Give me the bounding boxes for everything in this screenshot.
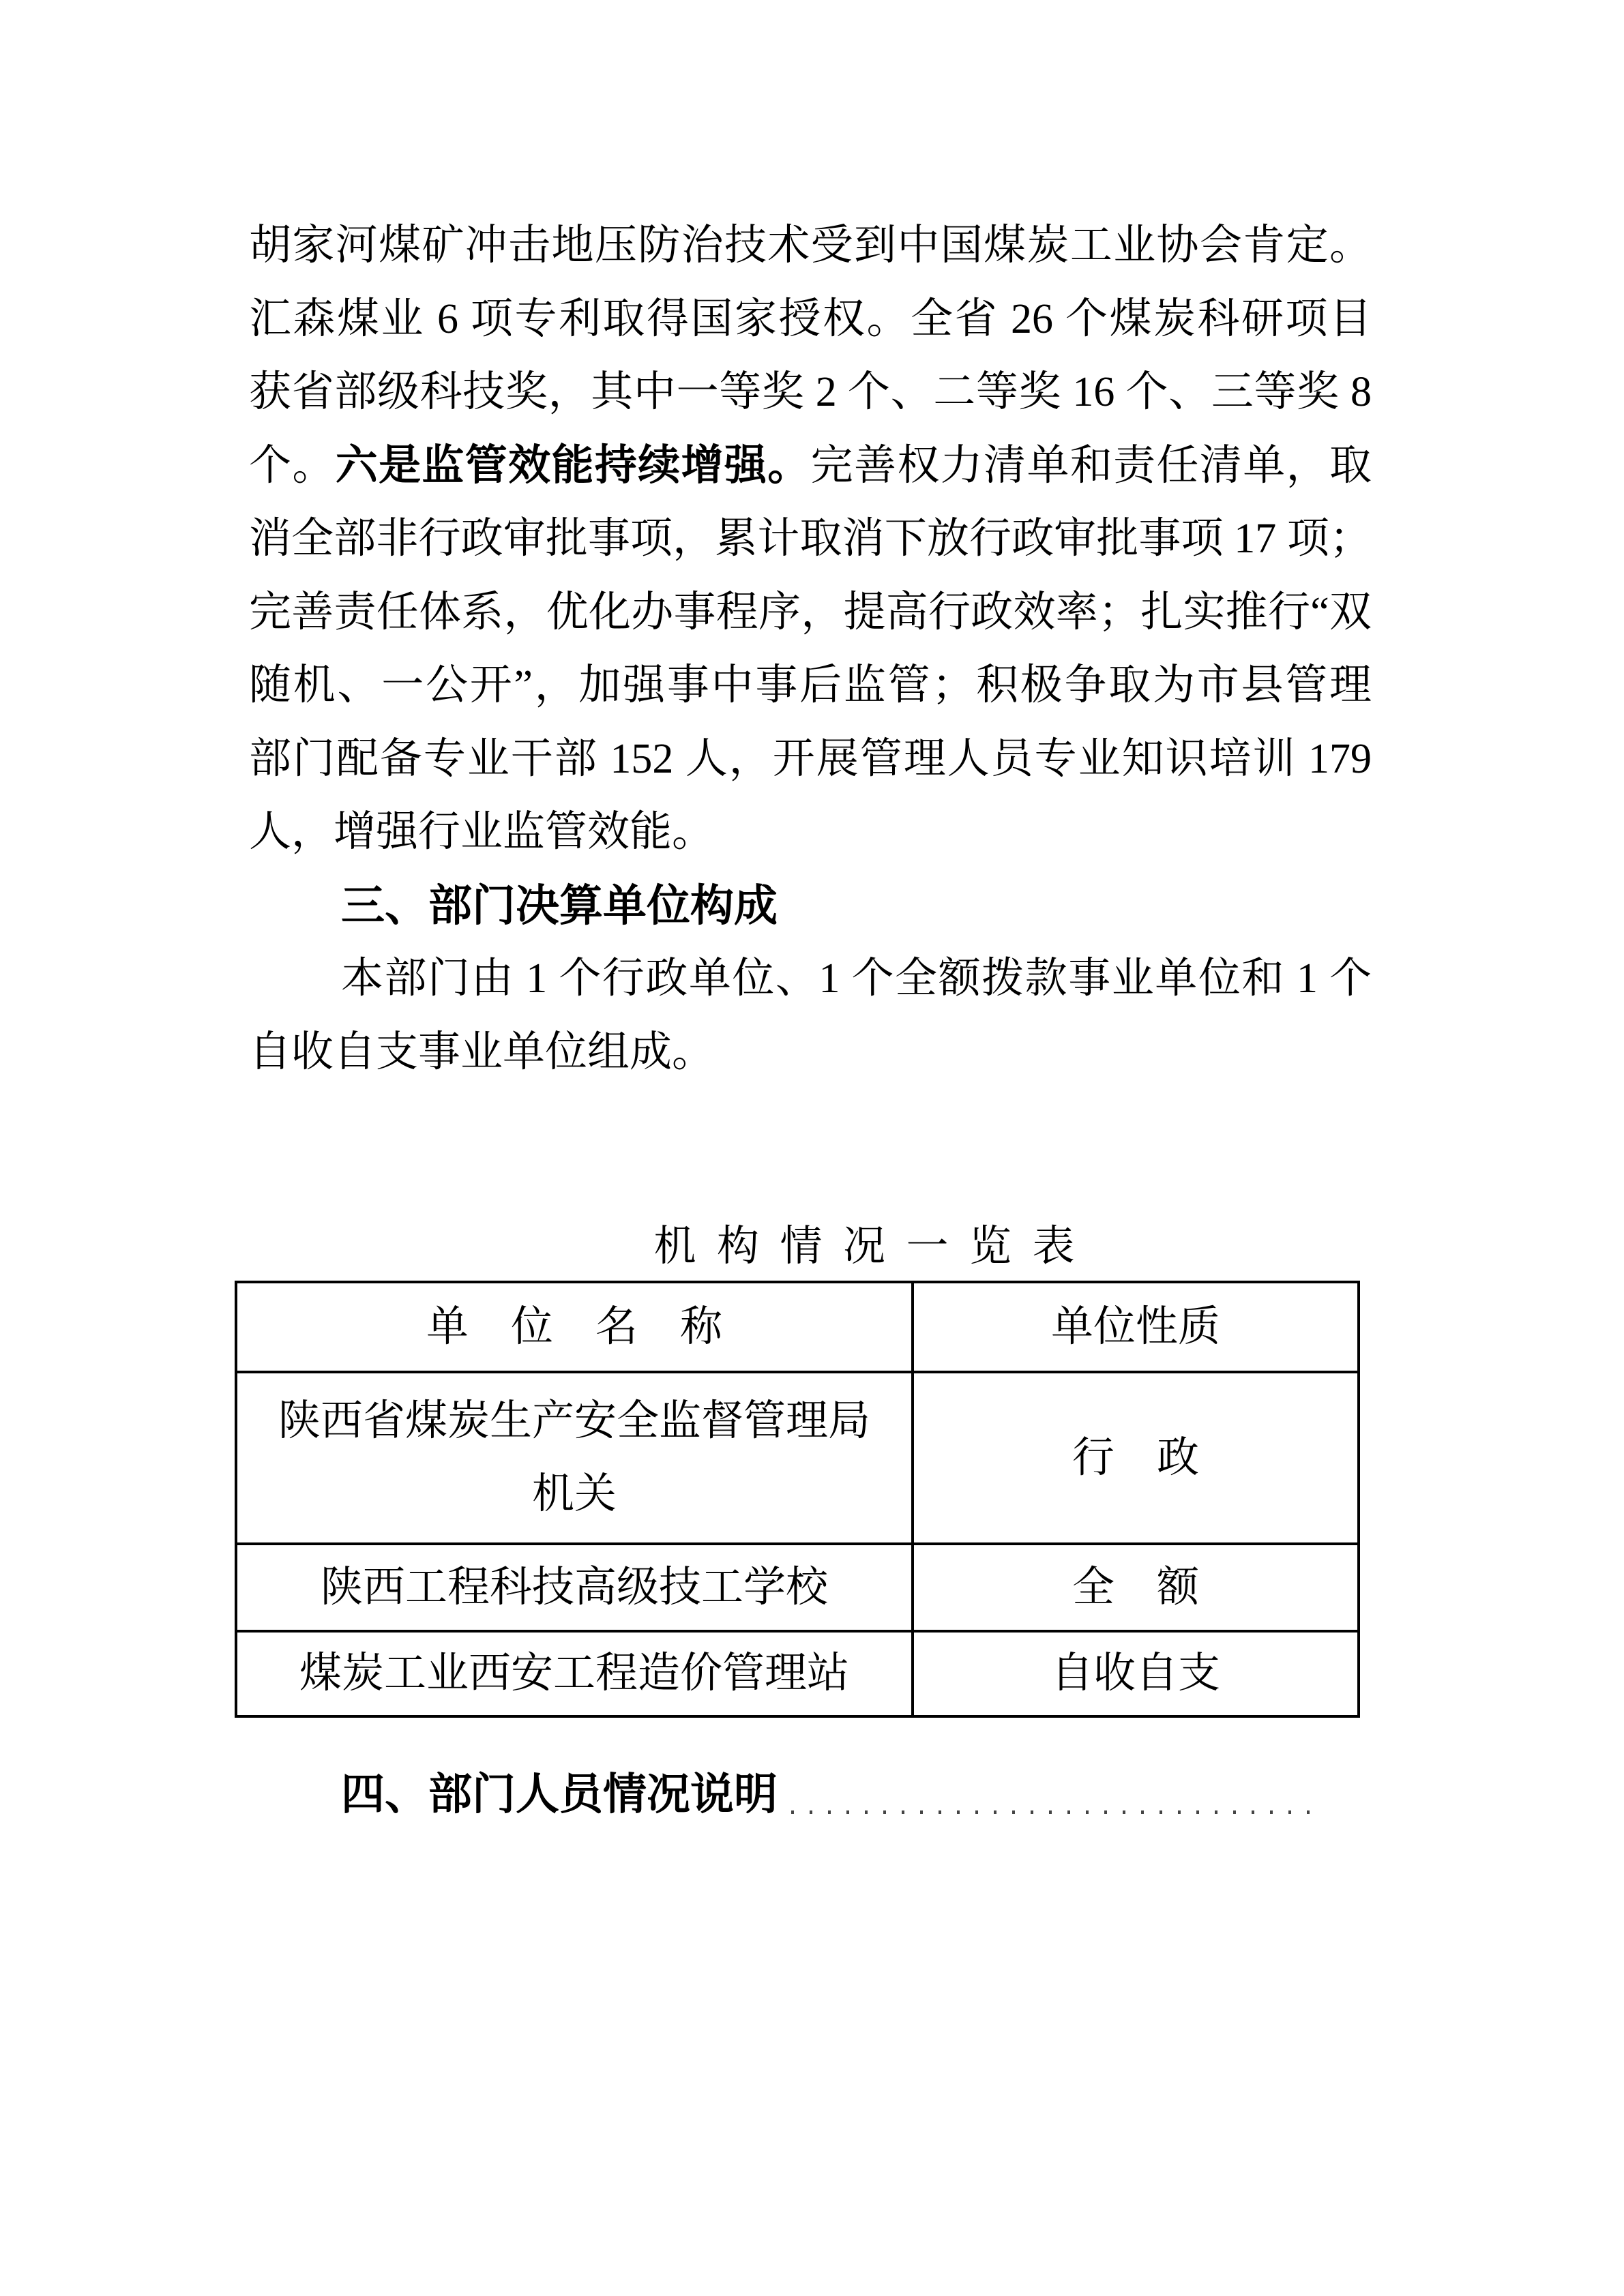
text-line: 部门配备专业干部 152 人，开展管理人员专业知识培训 179 <box>249 723 1372 796</box>
text-line: 本部门由 1 个行政单位、1 个全额拨款事业单位和 1 个 <box>249 942 1372 1016</box>
text-line: 胡家河煤矿冲击地压防治技术受到中国煤炭工业协会肯定。 <box>249 209 1372 283</box>
text-segment: 部门配备专业干部 152 人，开展管理人员专业知识培训 179 <box>249 736 1372 782</box>
paragraph-org-composition: 本部门由 1 个行政单位、1 个全额拨款事业单位和 1 个自收自支事业单位组成。 <box>249 942 1372 1089</box>
paragraph-continued: 胡家河煤矿冲击地压防治技术受到中国煤炭工业协会肯定。汇森煤业 6 项专利取得国家… <box>249 209 1372 869</box>
unit-name-cell: 煤炭工业西安工程造价管理站 <box>236 1631 913 1716</box>
text-segment: 随机、一公开”，加强事中事后监管；积极争取为市县管理 <box>249 662 1372 709</box>
text-segment: 完善权力清单和责任清单，取 <box>811 443 1372 489</box>
text-line: 个。六是监管效能持续增强。完善权力清单和责任清单，取 <box>249 430 1372 503</box>
unit-name-line: 陕西省煤炭生产安全监督管理局 <box>237 1385 911 1458</box>
table-row: 陕西工程科技高级技工学校全 额 <box>236 1544 1359 1631</box>
unit-type-cell: 全 额 <box>913 1544 1359 1631</box>
unit-type-cell: 行 政 <box>913 1372 1359 1544</box>
body-text: 胡家河煤矿冲击地压防治技术受到中国煤炭工业协会肯定。汇森煤业 6 项专利取得国家… <box>249 209 1372 1089</box>
org-table: 单 位 名 称 单位性质 陕西省煤炭生产安全监督管理局机关行 政陕西工程科技高级… <box>235 1281 1360 1718</box>
bold-text-segment: 六是监管效能持续增强。 <box>336 443 811 489</box>
table-row: 煤炭工业西安工程造价管理站自收自支 <box>236 1631 1359 1716</box>
section-heading-4: 四、部门人员情况说明 <box>249 1758 778 1832</box>
text-line: 汇森煤业 6 项专利取得国家授权。全省 26 个煤炭科研项目 <box>249 283 1372 357</box>
text-segment: 人，增强行业监管效能。 <box>249 809 714 855</box>
table-row: 陕西省煤炭生产安全监督管理局机关行 政 <box>236 1372 1359 1544</box>
text-line: 自收自支事业单位组成。 <box>249 1016 1372 1090</box>
unit-type-cell: 自收自支 <box>913 1631 1359 1716</box>
dotted-leader <box>791 1810 1320 1814</box>
text-line: 随机、一公开”，加强事中事后监管；积极争取为市县管理 <box>249 649 1372 723</box>
text-segment: 胡家河煤矿冲击地压防治技术受到中国煤炭工业协会肯定。 <box>249 222 1372 269</box>
text-segment: 完善责任体系，优化办事程序，提高行政效率；扎实推行“双 <box>249 589 1372 636</box>
table-header-row: 单 位 名 称 单位性质 <box>236 1282 1359 1372</box>
text-line: 完善责任体系，优化办事程序，提高行政效率；扎实推行“双 <box>249 576 1372 650</box>
document-page: 胡家河煤矿冲击地压防治技术受到中国煤炭工业协会肯定。汇森煤业 6 项专利取得国家… <box>0 0 1624 2296</box>
unit-name-cell: 陕西省煤炭生产安全监督管理局机关 <box>236 1372 913 1544</box>
text-line: 消全部非行政审批事项，累计取消下放行政审批事项 17 项； <box>249 503 1372 576</box>
section-heading-4-row: 四、部门人员情况说明 <box>249 1758 1545 1832</box>
unit-name-cell: 陕西工程科技高级技工学校 <box>236 1544 913 1631</box>
section-heading-3: 三、部门决算单位构成 <box>249 869 1372 943</box>
text-segment: 汇森煤业 6 项专利取得国家授权。全省 26 个煤炭科研项目 <box>249 296 1372 342</box>
table-title: 机 构 情 况 一 览 表 <box>303 1210 1426 1284</box>
text-segment: 自收自支事业单位组成。 <box>249 1029 714 1075</box>
column-header-unit-type: 单位性质 <box>913 1282 1359 1372</box>
text-line: 获省部级科技奖，其中一等奖 2 个、二等奖 16 个、三等奖 8 <box>249 356 1372 430</box>
text-line: 人，增强行业监管效能。 <box>249 796 1372 869</box>
unit-name-line: 煤炭工业西安工程造价管理站 <box>237 1637 911 1710</box>
text-segment: 个。 <box>249 443 336 489</box>
text-segment: 获省部级科技奖，其中一等奖 2 个、二等奖 16 个、三等奖 8 <box>249 369 1372 415</box>
unit-name-line: 陕西工程科技高级技工学校 <box>237 1551 911 1624</box>
text-segment: 消全部非行政审批事项，累计取消下放行政审批事项 17 项； <box>249 516 1372 562</box>
text-segment: 本部门由 1 个行政单位、1 个全额拨款事业单位和 1 个 <box>341 955 1372 1002</box>
column-header-unit-name: 单 位 名 称 <box>236 1282 913 1372</box>
unit-name-line: 机关 <box>237 1458 911 1531</box>
